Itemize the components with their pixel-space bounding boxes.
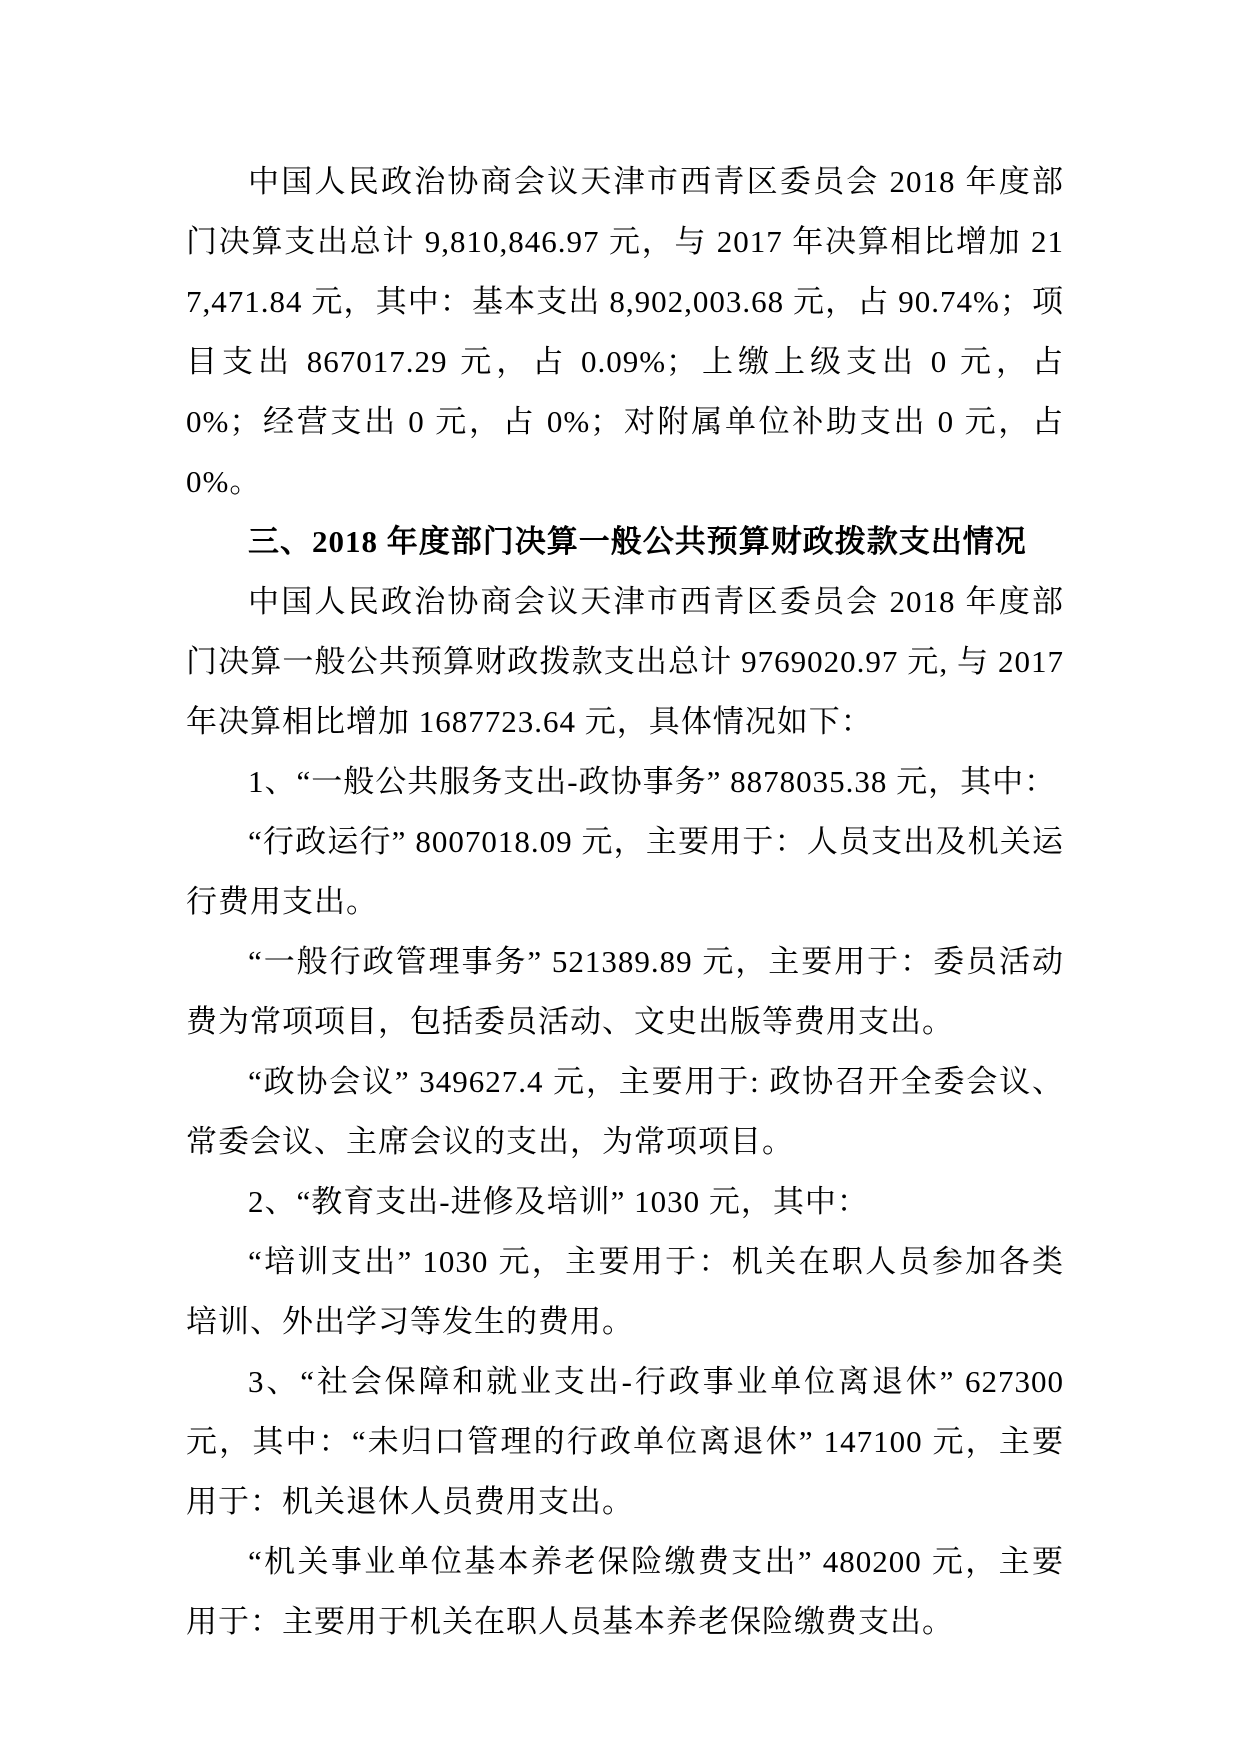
paragraph-item-3-social-security-retirement: 3、“社会保障和就业支出-行政事业单位离退休” 627300 元，其中：“未归口… [186,1352,1064,1532]
document-body: 中国人民政治协商会议天津市西青区委员会 2018 年度部门决算支出总计 9,81… [186,152,1064,1652]
document-page: 中国人民政治协商会议天津市西青区委员会 2018 年度部门决算支出总计 9,81… [0,0,1241,1754]
paragraph-subitem-administrative-operation: “行政运行” 8007018.09 元，主要用于：人员支出及机关运行费用支出。 [186,812,1064,932]
paragraph-subitem-pension-contribution: “机关事业单位基本养老保险缴费支出” 480200 元，主要用于：主要用于机关在… [186,1532,1064,1652]
section-heading-general-public-budget-expenditure: 三、2018 年度部门决算一般公共预算财政拨款支出情况 [186,512,1064,572]
paragraph-total-expenditure-summary: 中国人民政治协商会议天津市西青区委员会 2018 年度部门决算支出总计 9,81… [186,152,1064,512]
paragraph-item-2-education-expenditure: 2、“教育支出-进修及培训” 1030 元，其中： [186,1172,1064,1232]
paragraph-subitem-training-expenditure: “培训支出” 1030 元，主要用于：机关在职人员参加各类培训、外出学习等发生的… [186,1232,1064,1352]
paragraph-item-1-general-public-services: 1、“一般公共服务支出-政协事务” 8878035.38 元，其中： [186,752,1064,812]
paragraph-fiscal-allocation-total: 中国人民政治协商会议天津市西青区委员会 2018 年度部门决算一般公共预算财政拨… [186,572,1064,752]
paragraph-subitem-general-admin-affairs: “一般行政管理事务” 521389.89 元，主要用于：委员活动费为常项项目，包… [186,932,1064,1052]
paragraph-subitem-cppcc-meetings: “政协会议” 349627.4 元，主要用于: 政协召开全委会议、常委会议、主席… [186,1052,1064,1172]
